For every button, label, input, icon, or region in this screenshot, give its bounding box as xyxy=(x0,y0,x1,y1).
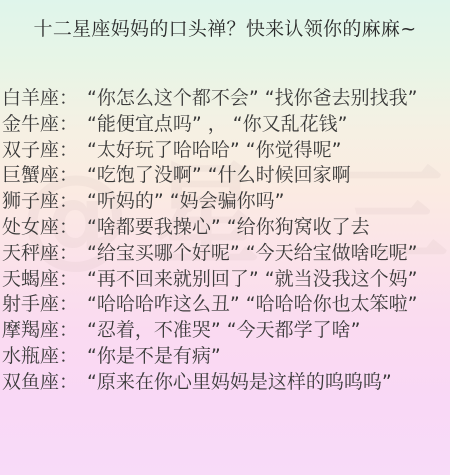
sign-phrases: “吃饱了没啊” “什么时候回家啊 xyxy=(87,163,351,189)
list-item-sagittarius: 射手座： “哈哈哈咋这么丑” “哈哈哈你也太笨啦” xyxy=(2,292,450,318)
page-title: 十二星座妈妈的口头禅？快来认领你的麻麻~ xyxy=(0,16,450,42)
sign-name: 天蝎座： xyxy=(2,267,87,293)
list-item-capricorn: 摩羯座： “忍着，不准哭” “今天都学了啥” xyxy=(2,318,450,344)
sign-name: 摩羯座： xyxy=(2,318,87,344)
sign-name: 处女座： xyxy=(2,215,87,241)
sign-name: 双子座： xyxy=(2,138,87,164)
sign-name: 双鱼座： xyxy=(2,370,87,396)
sign-name: 天秤座： xyxy=(2,241,87,267)
sign-phrases: “忍着，不准哭” “今天都学了啥” xyxy=(87,318,360,344)
sign-name: 狮子座： xyxy=(2,189,87,215)
sign-phrases: “原来在你心里妈妈是这样的呜呜呜” xyxy=(87,370,392,396)
sign-phrases: “哈哈哈咋这么丑” “哈哈哈你也太笨啦” xyxy=(87,292,417,318)
sign-name: 水瓶座： xyxy=(2,344,87,370)
list-item-virgo: 处女座： “啥都要我操心” “给你狗窝收了去 xyxy=(2,215,450,241)
sign-phrases: “啥都要我操心” “给你狗窝收了去 xyxy=(87,215,370,241)
list-item-gemini: 双子座： “太好玩了哈哈哈” “你觉得呢” xyxy=(2,138,450,164)
list-item-cancer: 巨蟹座： “吃饱了没啊” “什么时候回家啊 xyxy=(2,163,450,189)
sign-phrases: “你是不是有病” xyxy=(87,344,221,370)
sign-phrases: “再不回来就别回了” “就当没我这个妈” xyxy=(87,267,417,293)
list-item-libra: 天秤座： “给宝买哪个好呢” “今天给宝做啥吃呢” xyxy=(2,241,450,267)
sign-phrases: “太好玩了哈哈哈” “你觉得呢” xyxy=(87,138,341,164)
list-item-pisces: 双鱼座： “原来在你心里妈妈是这样的呜呜呜” xyxy=(2,370,450,396)
sign-name: 白羊座： xyxy=(2,86,87,112)
sign-phrases: “能便宜点吗” ， “你又乱花钱” xyxy=(87,112,347,138)
sign-name: 巨蟹座： xyxy=(2,163,87,189)
list-item-aries: 白羊座： “你怎么这个都不会” “找你爸去别找我” xyxy=(2,86,450,112)
zodiac-phrase-list: 白羊座： “你怎么这个都不会” “找你爸去别找我” 金牛座： “能便宜点吗” ，… xyxy=(2,86,450,396)
sign-name: 金牛座： xyxy=(2,112,87,138)
list-item-taurus: 金牛座： “能便宜点吗” ， “你又乱花钱” xyxy=(2,112,450,138)
list-item-leo: 狮子座： “听妈的” “妈会骗你吗” xyxy=(2,189,450,215)
sign-phrases: “你怎么这个都不会” “找你爸去别找我” xyxy=(87,86,417,112)
sign-name: 射手座： xyxy=(2,292,87,318)
sign-phrases: “给宝买哪个好呢” “今天给宝做啥吃呢” xyxy=(87,241,417,267)
list-item-scorpio: 天蝎座： “再不回来就别回了” “就当没我这个妈” xyxy=(2,267,450,293)
list-item-aquarius: 水瓶座： “你是不是有病” xyxy=(2,344,450,370)
sign-phrases: “听妈的” “妈会骗你吗” xyxy=(87,189,284,215)
